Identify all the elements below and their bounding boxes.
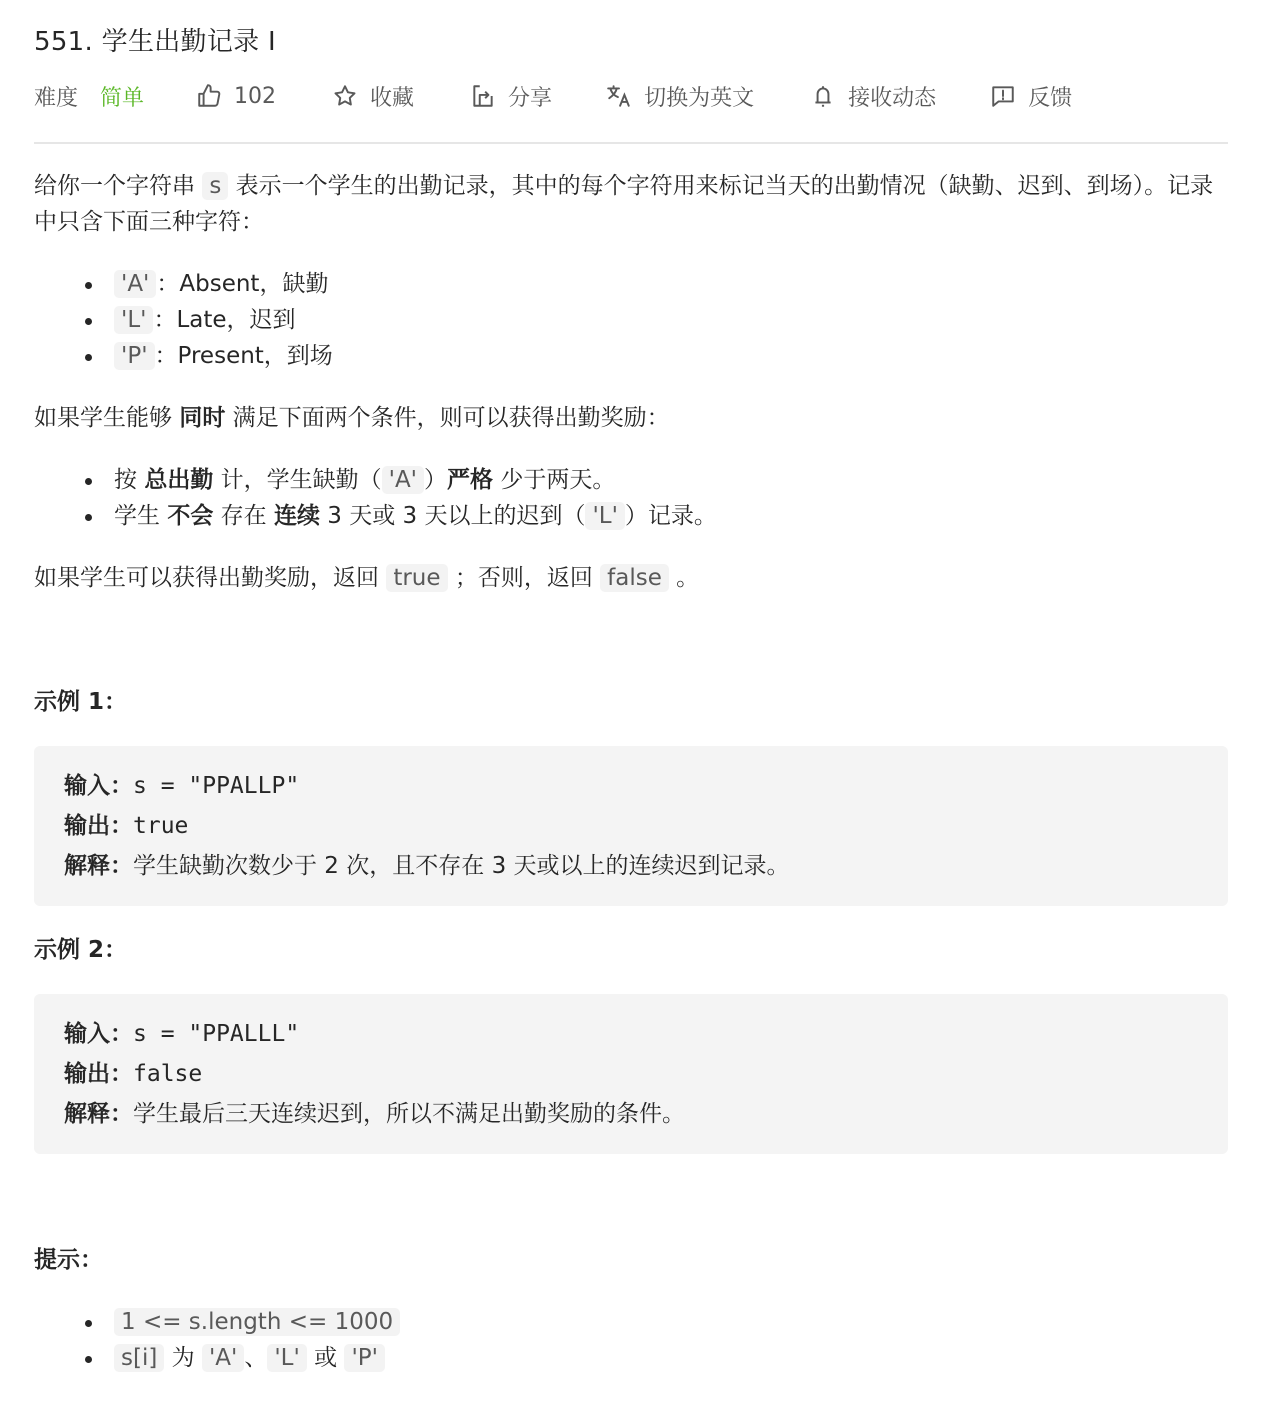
list-item: 按 总出勤 计，学生缺勤（'A'）严格 少于两天。 [114,462,1228,498]
list-item: 学生 不会 存在 连续 3 天或 3 天以上的迟到（'L'）记录。 [114,498,1228,534]
example-output: 输出：true [64,806,1198,846]
difficulty-label: 难度 [34,81,78,112]
list-item: 'P'：Present，到场 [114,338,1228,374]
example-input: 输入：s = "PPALLP" [64,766,1198,806]
switch-language-button[interactable]: 切换为英文 [606,81,754,112]
example-1-heading: 示例 1： [34,684,1228,720]
subscribe-button[interactable]: 接收动态 [810,81,936,112]
inline-code: 'L' [585,502,624,530]
problem-meta-toolbar: 难度 简单 102 收藏 分享 [34,78,1072,114]
share-label: 分享 [508,81,552,112]
list-item: 1 <= s.length <= 1000 [114,1304,1228,1340]
inline-code: 'P' [114,342,155,370]
example-1-box: 输入：s = "PPALLP" 输出：true 解释：学生缺勤次数少于 2 次，… [34,746,1228,906]
difficulty: 难度 简单 [34,81,144,112]
translate-icon [606,83,632,109]
example-2-heading: 示例 2： [34,932,1228,968]
inline-code: 'A' [382,466,424,494]
feedback-label: 反馈 [1028,81,1072,112]
example-output: 输出：false [64,1054,1198,1094]
like-count: 102 [234,84,276,109]
example-explanation: 解释：学生最后三天连续迟到，所以不满足出勤奖励的条件。 [64,1094,1198,1134]
switch-language-label: 切换为英文 [644,81,754,112]
hints-list: 1 <= s.length <= 1000 s[i] 为 'A'、'L' 或 '… [34,1304,1228,1376]
example-input: 输入：s = "PPALLL" [64,1014,1198,1054]
inline-code: false [600,564,669,592]
like-button[interactable]: 102 [196,83,276,109]
share-icon [470,83,496,109]
list-item: s[i] 为 'A'、'L' 或 'P' [114,1340,1228,1376]
list-item: 'A'：Absent，缺勤 [114,266,1228,302]
inline-code: 'P' [344,1344,385,1372]
inline-code: 'A' [114,270,156,298]
hints-heading: 提示： [34,1242,1228,1278]
conditions-list: 按 总出勤 计，学生缺勤（'A'）严格 少于两天。 学生 不会 存在 连续 3 … [34,462,1228,534]
share-button[interactable]: 分享 [470,81,552,112]
char-list: 'A'：Absent，缺勤 'L'：Late，迟到 'P'：Present，到场 [34,266,1228,374]
inline-code: s [202,172,228,200]
star-icon [332,83,358,109]
example-2-box: 输入：s = "PPALLL" 输出：false 解释：学生最后三天连续迟到，所… [34,994,1228,1154]
inline-code: 'L' [114,306,153,334]
inline-code: true [386,564,447,592]
problem-title: 551. 学生出勤记录 I [34,24,276,60]
problem-description: 给你一个字符串 s 表示一个学生的出勤记录，其中的每个字符用来标记当天的出勤情况… [34,168,1228,1376]
inline-code: s[i] [114,1344,164,1372]
feedback-icon [990,83,1016,109]
inline-code: 'A' [202,1344,244,1372]
favorite-label: 收藏 [370,81,414,112]
return-paragraph: 如果学生可以获得出勤奖励，返回 true ；否则，返回 false 。 [34,560,1228,596]
inline-code: 'L' [267,1344,306,1372]
description-paragraph: 给你一个字符串 s 表示一个学生的出勤记录，其中的每个字符用来标记当天的出勤情况… [34,168,1228,240]
subscribe-label: 接收动态 [848,81,936,112]
difficulty-badge: 简单 [100,81,144,112]
inline-code: 1 <= s.length <= 1000 [114,1308,400,1336]
thumbs-up-icon [196,83,222,109]
bell-icon [810,83,836,109]
example-explanation: 解释：学生缺勤次数少于 2 次，且不存在 3 天或以上的连续迟到记录。 [64,846,1198,886]
conditions-intro: 如果学生能够 同时 满足下面两个条件，则可以获得出勤奖励： [34,400,1228,436]
favorite-button[interactable]: 收藏 [332,81,414,112]
header-divider [34,142,1228,144]
feedback-button[interactable]: 反馈 [990,81,1072,112]
list-item: 'L'：Late，迟到 [114,302,1228,338]
